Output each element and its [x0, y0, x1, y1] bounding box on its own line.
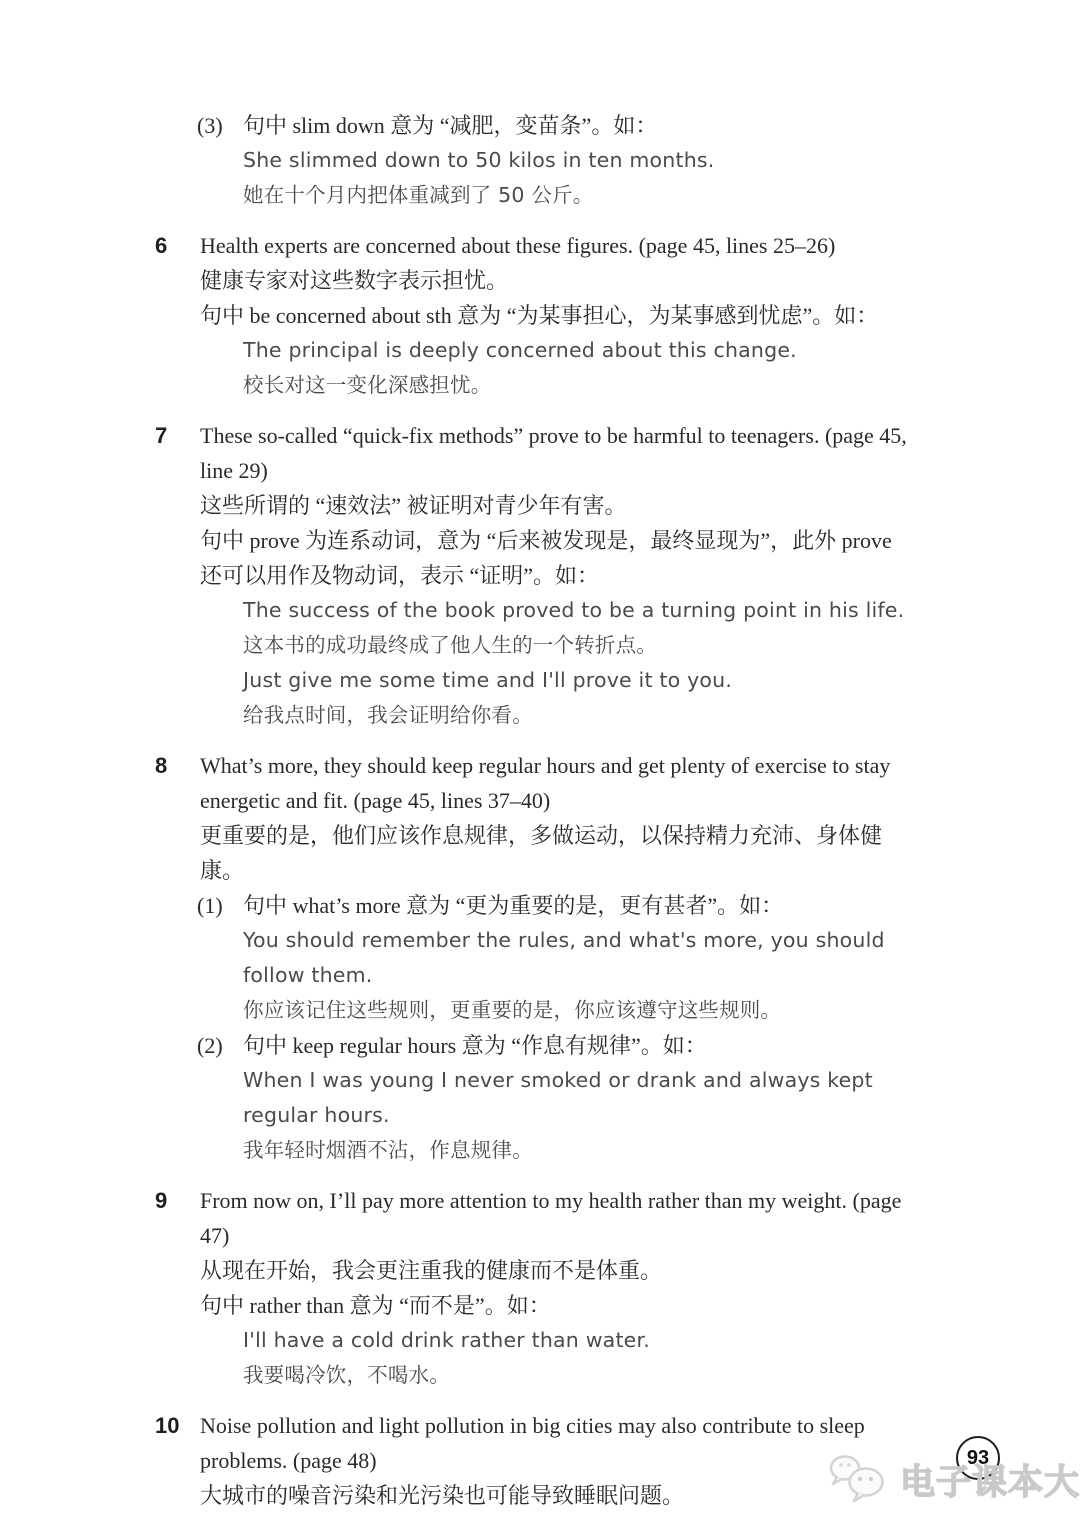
sub-item: (1)句中 what’s more 意为 “更为重要的是，更有甚者”。如： [197, 888, 913, 923]
example-line: You should remember the rules, and what'… [243, 923, 913, 993]
item-heading: 6Health experts are concerned about thes… [155, 228, 913, 263]
example-line: She slimmed down to 50 kilos in ten mont… [243, 143, 913, 178]
example-line: 我要喝冷饮，不喝水。 [243, 1358, 913, 1393]
item-heading: 9From now on, I’ll pay more attention to… [155, 1183, 913, 1253]
item-number: 6 [155, 228, 200, 263]
page-number: 93 [967, 1447, 989, 1470]
item-heading-text: From now on, I’ll pay more attention to … [200, 1183, 913, 1253]
example-line: When I was young I never smoked or drank… [243, 1063, 913, 1133]
text-line: 更重要的是，他们应该作息规律，多做运动，以保持精力充沛、身体健康。 [200, 818, 913, 888]
page-number-badge: 93 [956, 1436, 1000, 1480]
item-heading-text: These so-called “quick-fix methods” prov… [200, 418, 913, 488]
example-line: 你应该记住这些规则，更重要的是，你应该遵守这些规则。 [243, 993, 913, 1028]
item-heading: 10Noise pollution and light pollution in… [155, 1408, 913, 1478]
example-line: Just give me some time and I'll prove it… [243, 663, 913, 698]
text-line: 句中 be concerned about sth 意为 “为某事担心，为某事感… [200, 298, 913, 333]
item-number: 8 [155, 748, 200, 818]
page-content: (3)句中 slim down 意为 “减肥，变苗条”。如：She slimme… [155, 108, 913, 1513]
item-heading-text: What’s more, they should keep regular ho… [200, 748, 913, 818]
text-line: 句中 rather than 意为 “而不是”。如： [200, 1288, 913, 1323]
example-line: 给我点时间，我会证明给你看。 [243, 698, 913, 733]
example-line: 她在十个月内把体重减到了 50 公斤。 [243, 178, 913, 213]
subitem-marker: (1) [197, 888, 243, 923]
text-line: 这些所谓的 “速效法” 被证明对青少年有害。 [200, 488, 913, 523]
text-line: 从现在开始，我会更注重我的健康而不是体重。 [200, 1253, 913, 1288]
example-line: 这本书的成功最终成了他人生的一个转折点。 [243, 628, 913, 663]
sub-item: (2)句中 keep regular hours 意为 “作息有规律”。如： [197, 1028, 913, 1063]
item-number: 9 [155, 1183, 200, 1253]
item-heading: 8What’s more, they should keep regular h… [155, 748, 913, 818]
subitem-marker: (2) [197, 1028, 243, 1063]
item-number: 10 [155, 1408, 200, 1478]
example-line: The principal is deeply concerned about … [243, 333, 913, 368]
text-line: 健康专家对这些数字表示担忧。 [200, 263, 913, 298]
example-line: The success of the book proved to be a t… [243, 593, 913, 628]
text-line: 大城市的噪音污染和光污染也可能导致睡眠问题。 [200, 1478, 913, 1513]
item-heading: 7These so-called “quick-fix methods” pro… [155, 418, 913, 488]
example-line: 校长对这一变化深感担忧。 [243, 368, 913, 403]
subitem-marker: (3) [197, 108, 243, 143]
subitem-text: 句中 slim down 意为 “减肥，变苗条”。如： [243, 108, 913, 143]
item-number: 7 [155, 418, 200, 488]
example-line: I'll have a cold drink rather than water… [243, 1323, 913, 1358]
subitem-text: 句中 what’s more 意为 “更为重要的是，更有甚者”。如： [243, 888, 913, 923]
text-line: 句中 prove 为连系动词，意为 “后来被发现是，最终显现为”，此外 prov… [200, 523, 913, 593]
item-heading-text: Noise pollution and light pollution in b… [200, 1408, 913, 1478]
sub-item: (3)句中 slim down 意为 “减肥，变苗条”。如： [197, 108, 913, 143]
subitem-text: 句中 keep regular hours 意为 “作息有规律”。如： [243, 1028, 913, 1063]
example-line: 我年轻时烟酒不沾，作息规律。 [243, 1133, 913, 1168]
item-heading-text: Health experts are concerned about these… [200, 228, 913, 263]
